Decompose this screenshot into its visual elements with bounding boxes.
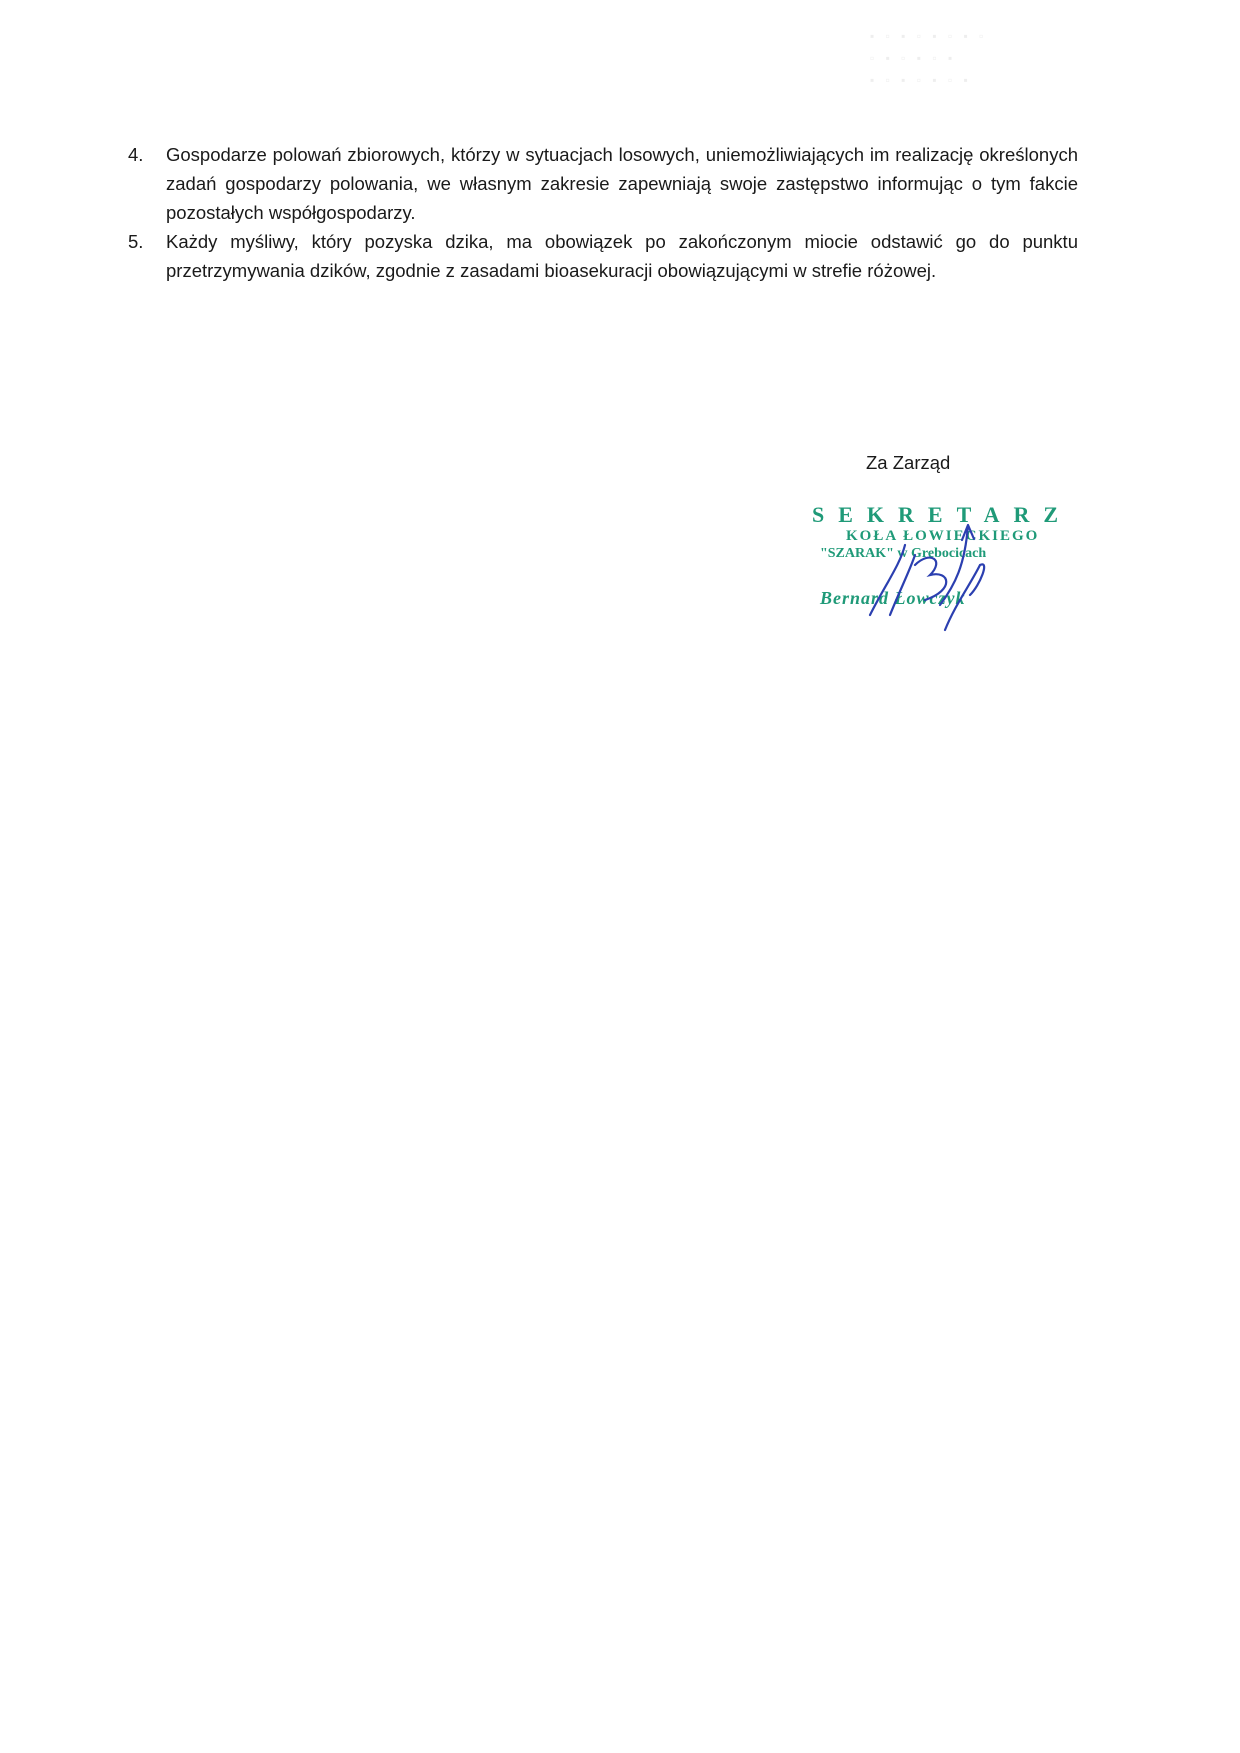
item-number: 5. [128, 227, 166, 285]
signature-icon [830, 505, 1040, 645]
numbered-list: 4. Gospodarze polowań zbiorowych, którzy… [128, 140, 1078, 285]
faint-header-bleed: ▪ ▫ ▪ ▫ ▪ ▫ ▪ ▫▫ ▪ ▫ ▪ ▫ ▪▪ ▫ ▪ ▫ ▪ ▫ ▪ [870, 25, 1150, 120]
item-text: Gospodarze polowań zbiorowych, którzy w … [166, 140, 1078, 227]
list-item: 5. Każdy myśliwy, który pozyska dzika, m… [128, 227, 1078, 285]
list-item: 4. Gospodarze polowań zbiorowych, którzy… [128, 140, 1078, 227]
signoff-label: Za Zarząd [866, 452, 950, 474]
item-number: 4. [128, 140, 166, 227]
item-text: Każdy myśliwy, który pozyska dzika, ma o… [166, 227, 1078, 285]
